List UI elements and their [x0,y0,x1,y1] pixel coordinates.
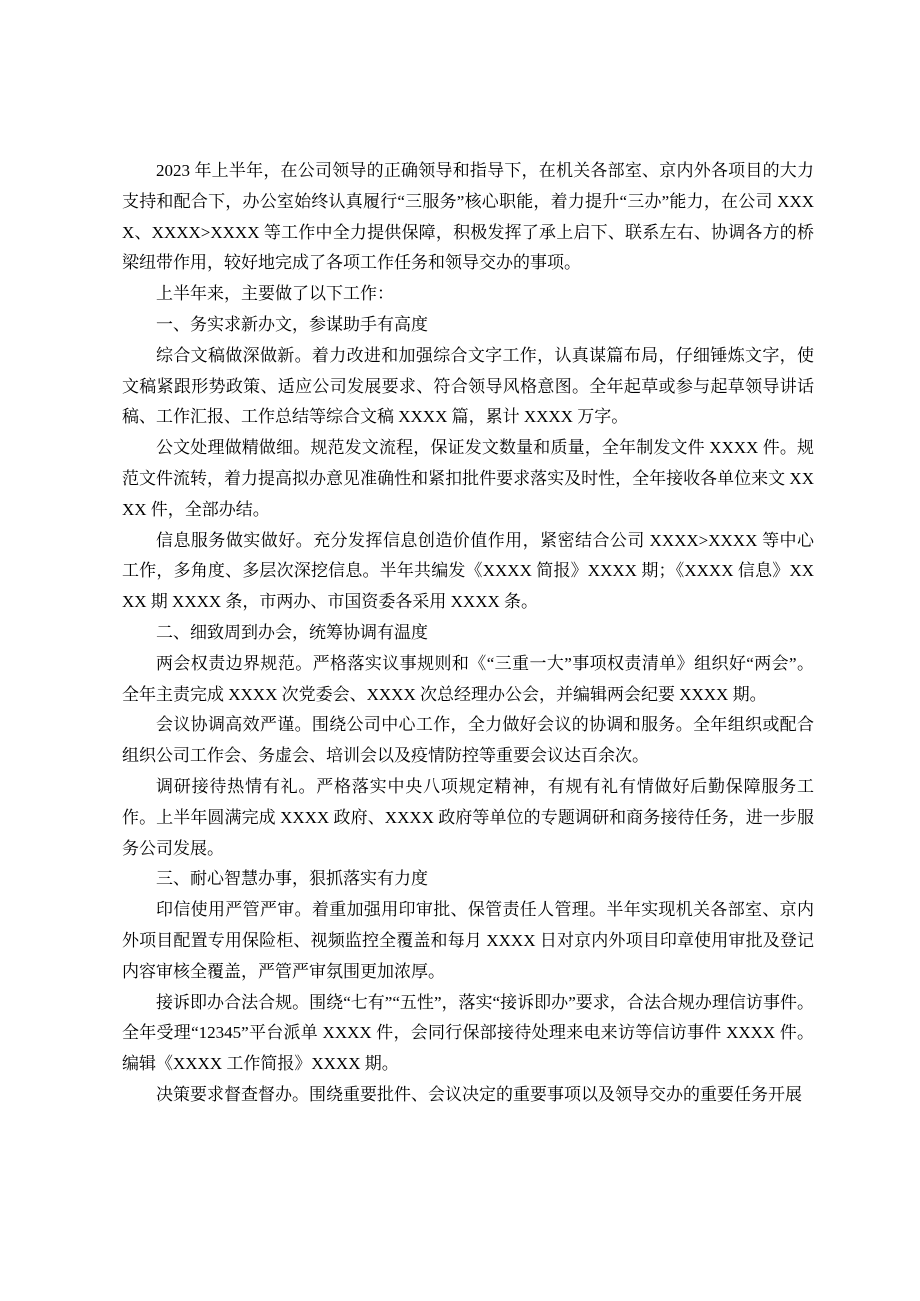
paragraph-12: 接诉即办合法合规。围绕“七有”“五性”，落实“接诉即办”要求，合法合规办理信访事… [122,988,814,1080]
paragraph-13: 决策要求督查督办。围绕重要批件、会议决定的重要事项以及领导交办的重要任务开展 [122,1080,814,1111]
section-heading-10: 三、耐心智慧办事，狠抓落实有力度 [122,864,814,895]
document-page: 2023 年上半年，在公司领导的正确领导和指导下，在机关各部室、京内外各项目的大… [0,0,920,1301]
paragraph-1: 上半年来，主要做了以下工作： [122,279,814,310]
paragraph-9: 调研接待热情有礼。严格落实中央八项规定精神，有规有礼有情做好后勤保障服务工作。上… [122,772,814,864]
section-heading-2: 一、务实求新办文，参谋助手有高度 [122,310,814,341]
paragraph-7: 两会权责边界规范。严格落实议事规则和《“三重一大”事项权责清单》组织好“两会”。… [122,649,814,711]
paragraph-8: 会议协调高效严谨。围绕公司中心工作，全力做好会议的协调和服务。全年组织或配合组织… [122,710,814,772]
paragraph-0: 2023 年上半年，在公司领导的正确领导和指导下，在机关各部室、京内外各项目的大… [122,156,814,279]
document-body: 2023 年上半年，在公司领导的正确领导和指导下，在机关各部室、京内外各项目的大… [122,156,814,1111]
paragraph-3: 综合文稿做深做新。着力改进和加强综合文字工作，认真谋篇布局，仔细锤炼文字，使文稿… [122,341,814,433]
paragraph-11: 印信使用严管严审。着重加强用印审批、保管责任人管理。半年实现机关各部室、京内外项… [122,895,814,987]
paragraph-4: 公文处理做精做细。规范发文流程，保证发文数量和质量，全年制发文件 XXXX 件。… [122,433,814,525]
paragraph-5: 信息服务做实做好。充分发挥信息创造价值作用，紧密结合公司 XXXX>XXXX 等… [122,526,814,618]
section-heading-6: 二、细致周到办会，统筹协调有温度 [122,618,814,649]
